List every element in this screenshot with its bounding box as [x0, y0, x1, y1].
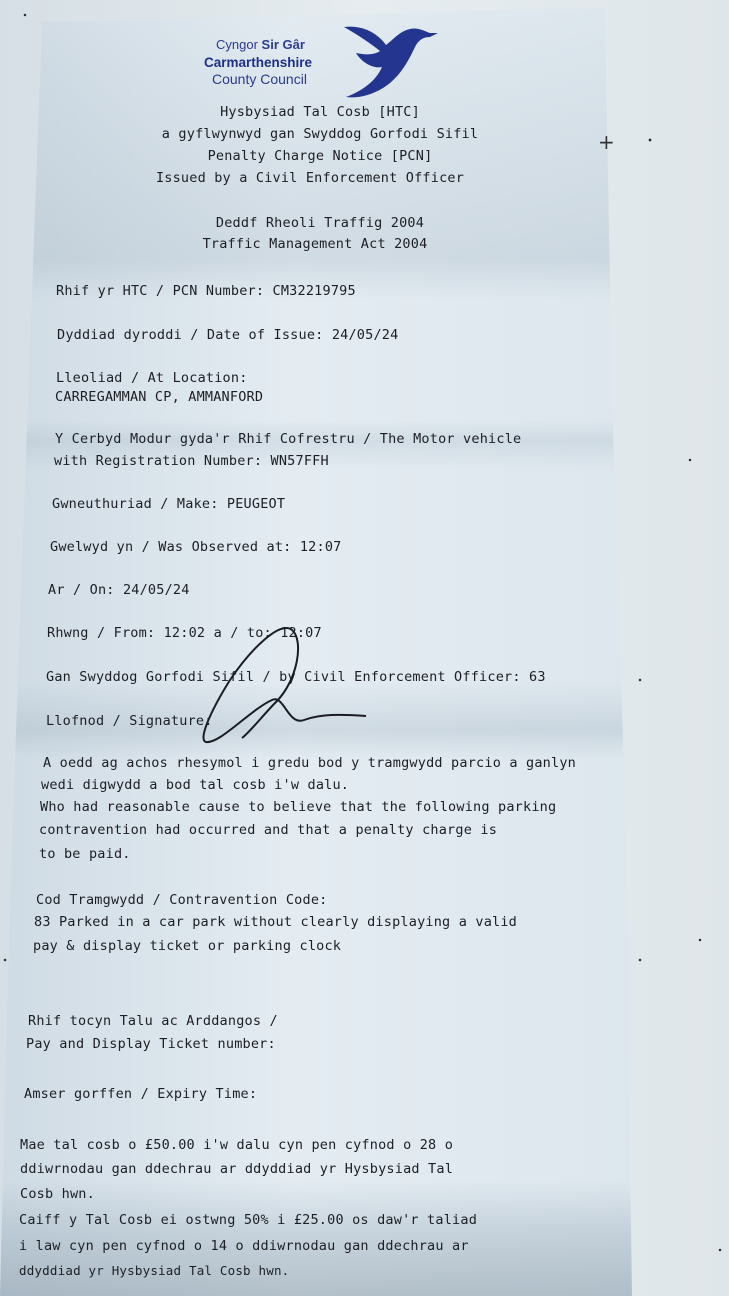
payment-full-3: Cosb hwn. [20, 1186, 95, 1202]
registration-row: with Registration Number: WN57FFH [54, 453, 329, 469]
dragon-icon [340, 25, 440, 100]
on-date-value: 24/05/24 [123, 582, 190, 598]
contravention-line-1: 83 Parked in a car park without clearly … [34, 914, 517, 930]
contravention-line-2: pay & display ticket or parking clock [33, 938, 341, 954]
logo-welsh-name: Cyngor Sir Gâr [216, 37, 305, 52]
date-of-issue-row: Dyddiad dyroddi / Date of Issue: 24/05/2… [57, 327, 398, 343]
logo-english-suffix: County Council [212, 71, 307, 87]
payment-full-2: ddiwrnodau gan ddechrau ar ddyddiad yr H… [20, 1161, 453, 1177]
statement-welsh-2: wedi digwydd a bod tal cosb i'w dalu. [41, 777, 349, 793]
ticket-label-1: Rhif tocyn Talu ac Arddangos / [28, 1013, 278, 1029]
header-line-issued: Issued by a Civil Enforcement Officer [140, 170, 480, 186]
council-logo: Cyngor Sir Gâr Carmarthenshire County Co… [200, 25, 440, 100]
pcn-number-row: Rhif yr HTC / PCN Number: CM32219795 [56, 283, 356, 299]
location-value: CARREGAMMAN CP, AMMANFORD [55, 389, 263, 405]
statement-english-1: Who had reasonable cause to believe that… [40, 799, 556, 815]
payment-full-1: Mae tal cosb o £50.00 i'w dalu cyn pen c… [20, 1137, 453, 1153]
officer-value: 63 [529, 669, 546, 685]
expiry-label: Amser gorffen / Expiry Time: [24, 1086, 257, 1102]
payment-reduced-3: ddyddiad yr Hysbysiad Tal Cosb hwn. [19, 1263, 289, 1278]
logo-english-name: Carmarthenshire [204, 55, 312, 70]
header-line-welsh: Hysbysiad Tal Cosb [HTC] [180, 104, 460, 120]
statement-english-2: contravention had occurred and that a pe… [39, 822, 497, 838]
statement-english-3: to be paid. [39, 846, 131, 862]
header-line-welsh-issued: a gyflwynwyd gan Swyddog Gorfodi Sifil [140, 126, 500, 142]
observed-row: Gwelwyd yn / Was Observed at: 12:07 [50, 539, 341, 555]
header-line-pcn: Penalty Charge Notice [PCN] [180, 148, 460, 164]
pcn-number-value: CM32219795 [273, 283, 356, 299]
ticket-label-2: Pay and Display Ticket number: [26, 1036, 276, 1052]
payment-reduced-2: i law cyn pen cyfnod o 14 o ddiwrnodau g… [19, 1238, 469, 1254]
vehicle-label: Y Cerbyd Modur gyda'r Rhif Cofrestru / T… [55, 431, 521, 447]
act-line-welsh: Deddf Rheoli Traffig 2004 [190, 215, 450, 231]
date-of-issue-value: 24/05/24 [332, 327, 399, 343]
contravention-label: Cod Tramgwydd / Contravention Code: [36, 892, 327, 908]
on-date-row: Ar / On: 24/05/24 [48, 582, 190, 598]
registration-value: WN57FFH [271, 453, 329, 469]
act-line-english: Traffic Management Act 2004 [180, 236, 450, 252]
mark-icon: + [598, 130, 615, 154]
statement-welsh-1: A oedd ag achos rhesymol i gredu bod y t… [43, 755, 576, 771]
observed-value: 12:07 [300, 539, 342, 555]
payment-reduced-1: Caiff y Tal Cosb ei ostwng 50% i £25.00 … [19, 1212, 477, 1228]
location-label: Lleoliad / At Location: [56, 370, 248, 386]
make-value: PEUGEOT [227, 496, 285, 512]
signature-scribble [180, 620, 380, 750]
make-row: Gwneuthuriad / Make: PEUGEOT [52, 496, 285, 512]
